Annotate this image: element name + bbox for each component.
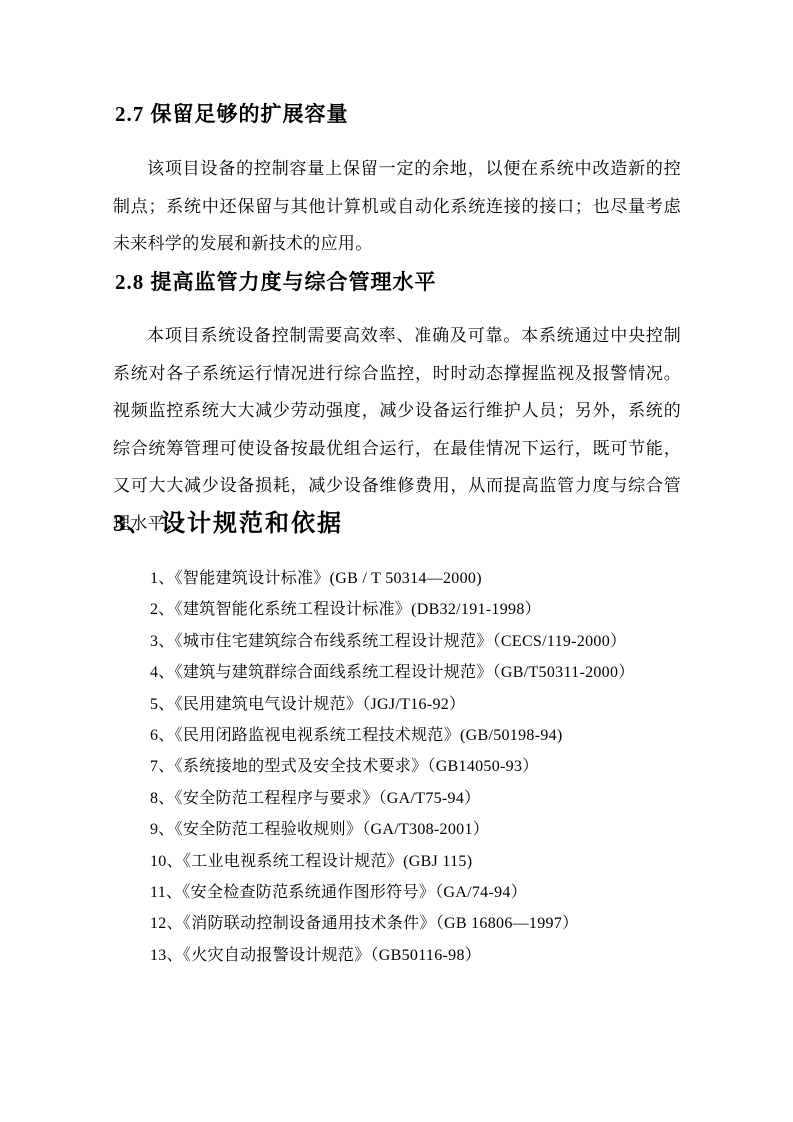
standard-list-item-11: 11、《安全检查防范系统通作图形符号》（GA/74-94） — [150, 877, 690, 908]
standard-list-item-7: 7、《系统接地的型式及安全技术要求》（GB14050-93） — [150, 751, 690, 782]
standard-list-item-10: 10、《工业电视系统工程设计规范》(GBJ 115) — [150, 846, 690, 877]
standards-reference-list: 1、《智能建筑设计标准》(GB / T 50314—2000) 2、《建筑智能化… — [150, 563, 690, 971]
section-paragraph-2-7: 该项目设备的控制容量上保留一定的余地，以便在系统中改造新的控制点；系统中还保留与… — [113, 150, 681, 263]
section-heading-2-8: 2.8 提高监管力度与综合管理水平 — [115, 269, 437, 295]
standard-list-item-2: 2、《建筑智能化系统工程设计标准》(DB32/191-1998） — [150, 594, 690, 625]
standard-list-item-3: 3、《城市住宅建筑综合布线系统工程设计规范》（CECS/119-2000） — [150, 626, 690, 657]
document-page: 2.7 保留足够的扩展容量 该项目设备的控制容量上保留一定的余地，以便在系统中改… — [0, 0, 793, 1122]
standard-list-item-9: 9、《安全防范工程验收规则》（GA/T308-2001） — [150, 814, 690, 845]
standard-list-item-4: 4、《建筑与建筑群综合面线系统工程设计规范》（GB/T50311-2000） — [150, 657, 690, 688]
standard-list-item-12: 12、《消防联动控制设备通用技术条件》（GB 16806—1997） — [150, 908, 690, 939]
standard-list-item-8: 8、《安全防范工程程序与要求》（GA/T75-94） — [150, 783, 690, 814]
section-heading-2-7: 2.7 保留足够的扩展容量 — [115, 101, 349, 127]
standard-list-item-1: 1、《智能建筑设计标准》(GB / T 50314—2000) — [150, 563, 690, 594]
section-heading-3: 3、 设计规范和依据 — [113, 509, 343, 539]
standard-list-item-6: 6、《民用闭路监视电视系统工程技术规范》(GB/50198-94) — [150, 720, 690, 751]
standard-list-item-5: 5、《民用建筑电气设计规范》（JGJ/T16-92） — [150, 689, 690, 720]
standard-list-item-13: 13、《火灾自动报警设计规范》（GB50116-98） — [150, 940, 690, 971]
